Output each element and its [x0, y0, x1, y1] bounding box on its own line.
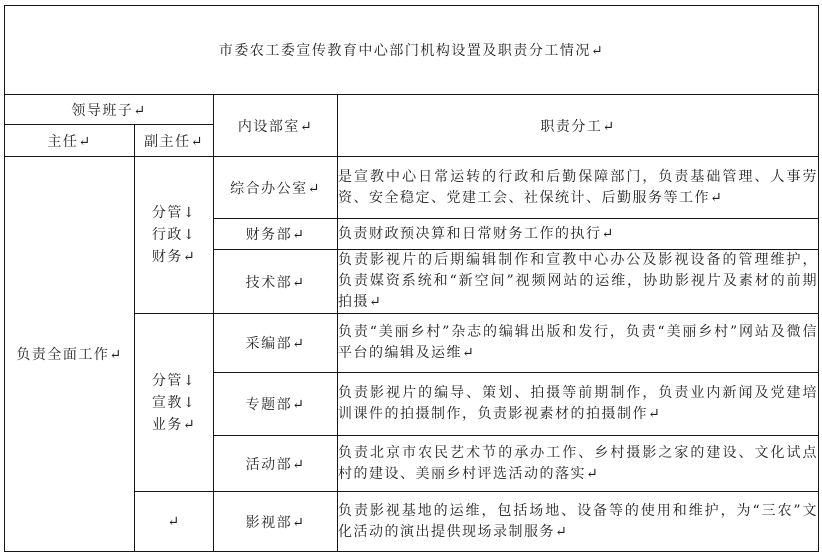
- dept-name-cell: 技术部↵: [214, 250, 338, 314]
- deputy-scope-line: 分管↓: [135, 202, 213, 224]
- duty-text-cell: 负责影视基地的运维，包括场地、设备等的使用和维护，为“三农”文化活动的演出提供现…: [338, 492, 819, 552]
- document-page: 市委农工委宣传教育中心部门机构设置及职责分工情况↵ 领导班子↵ 内设部室↵ 职责…: [0, 0, 822, 558]
- duty-text-cell: 负责“美丽乡村”杂志的编辑出版和发行，负责“美丽乡村”网站及微信平台的编辑及运维…: [338, 314, 819, 373]
- deputy-empty-cell: ↵: [135, 492, 214, 552]
- deputy-scope-admin-finance-cell: 分管↓ 行政↓ 财务↵: [135, 157, 214, 314]
- table-row: 负责全面工作↵ 分管↓ 行政↓ 财务↵ 综合办公室↵ 是宣教中心日常运转的行政和…: [5, 157, 819, 219]
- dept-name-cell: 综合办公室↵: [214, 157, 338, 219]
- director-duty-cell: 负责全面工作↵: [5, 157, 135, 552]
- deputy-scope-line: 业务↵: [135, 414, 213, 436]
- duty-text-cell: 负责北京市农民艺术节的承办工作、乡村摄影之家的建设、文化试点村的建设、美丽乡村评…: [338, 436, 819, 492]
- header-deputy-director: 副主任↵: [135, 125, 214, 157]
- header-departments: 内设部室↵: [214, 95, 338, 157]
- deputy-scope-line: 宣教↓: [135, 392, 213, 414]
- dept-name-cell: 财务部↵: [214, 219, 338, 250]
- deputy-scope-line: 行政↓: [135, 224, 213, 246]
- deputy-scope-line: 财务↵: [135, 246, 213, 268]
- header-duties: 职责分工↵: [338, 95, 819, 157]
- org-duties-table: 市委农工委宣传教育中心部门机构设置及职责分工情况↵ 领导班子↵ 内设部室↵ 职责…: [4, 5, 819, 552]
- header-director: 主任↵: [5, 125, 135, 157]
- dept-name-cell: 活动部↵: [214, 436, 338, 492]
- duty-text-cell: 负责财政预决算和日常财务工作的执行↵: [338, 219, 819, 250]
- duty-text-cell: 是宣教中心日常运转的行政和后勤保障部门，负责基础管理、人事劳资、安全稳定、党建工…: [338, 157, 819, 219]
- dept-name-cell: 采编部↵: [214, 314, 338, 373]
- dept-name-cell: 专题部↵: [214, 373, 338, 436]
- header-leadership: 领导班子↵: [5, 95, 214, 125]
- dept-name-cell: 影视部↵: [214, 492, 338, 552]
- duty-text-cell: 负责影视片的后期编辑制作和宣教中心办公及影视设备的管理维护，负责媒资系统和“新空…: [338, 250, 819, 314]
- table-title: 市委农工委宣传教育中心部门机构设置及职责分工情况↵: [5, 6, 819, 95]
- title-row: 市委农工委宣传教育中心部门机构设置及职责分工情况↵: [5, 6, 819, 95]
- deputy-scope-propaganda-cell: 分管↓ 宣教↓ 业务↵: [135, 314, 214, 492]
- deputy-scope-line: 分管↓: [135, 370, 213, 392]
- header-row-1: 领导班子↵ 内设部室↵ 职责分工↵: [5, 95, 819, 125]
- duty-text-cell: 负责影视片的编导、策划、拍摄等前期制作，负责业内新闻及党建培训课件的拍摄制作，负…: [338, 373, 819, 436]
